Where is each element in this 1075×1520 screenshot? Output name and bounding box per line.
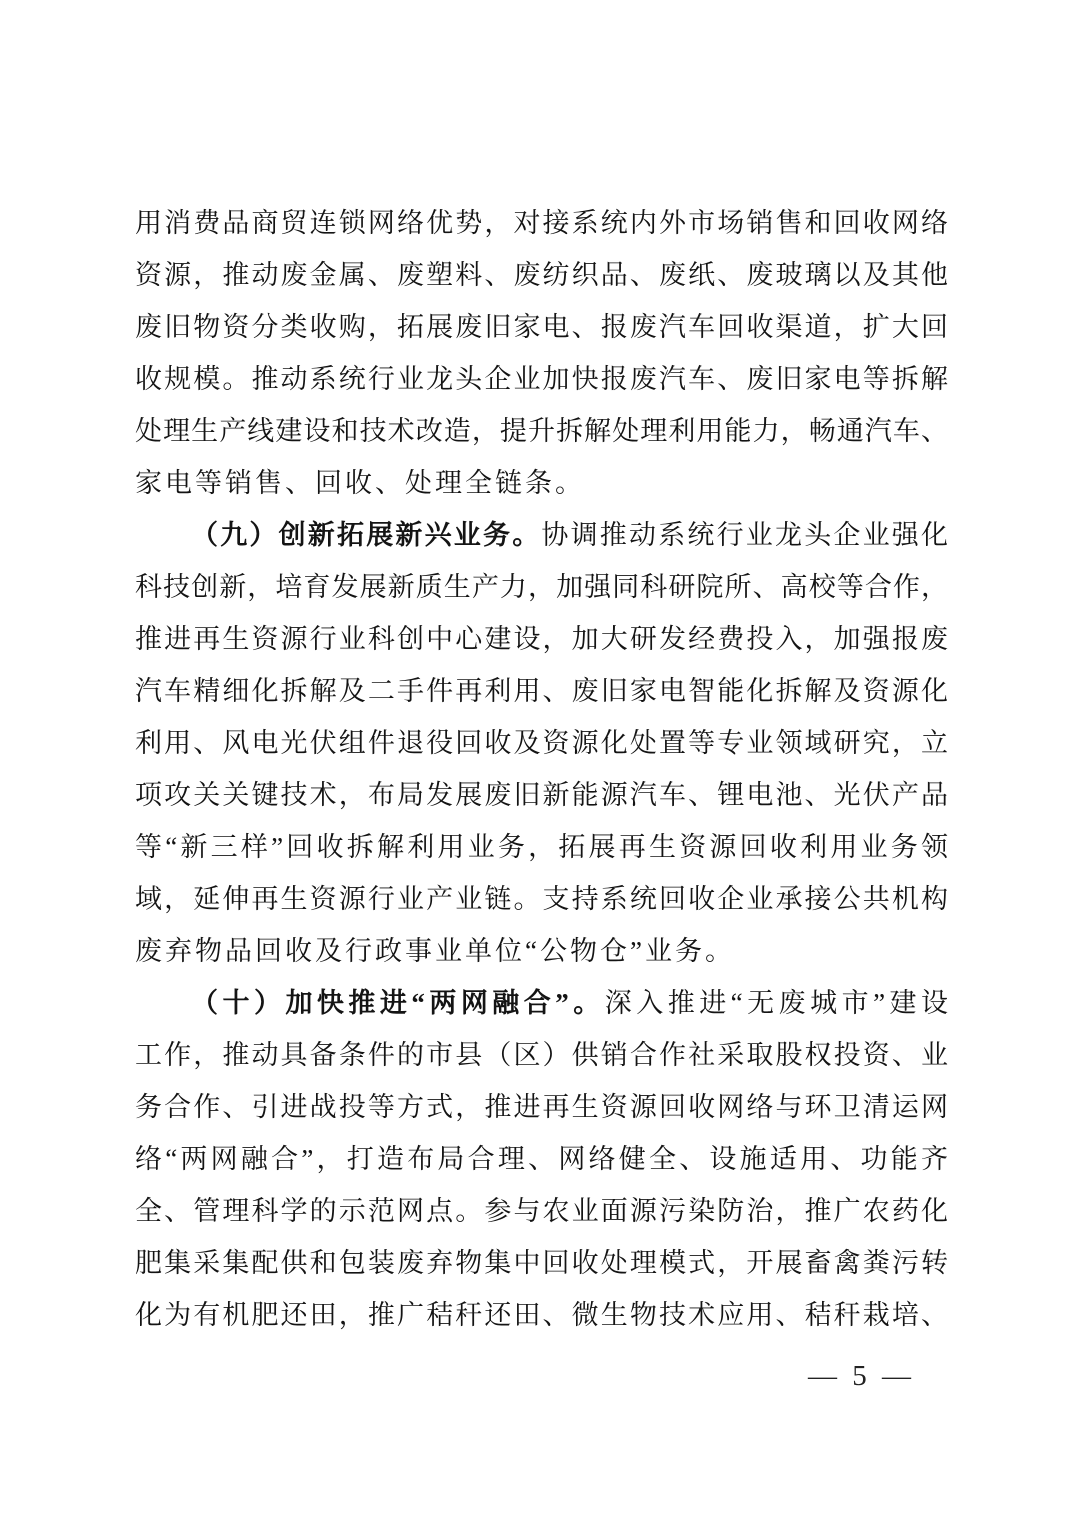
text-line: 络“两网融合”，打造布局合理、网络健全、设施适用、功能齐 (135, 1133, 948, 1185)
text-line: 资源，推动废金属、废塑料、废纺织品、废纸、废玻璃以及其他 (135, 249, 948, 301)
text-line: 利用、风电光伏组件退役回收及资源化处置等专业领域研究，立 (135, 717, 948, 769)
text-line: 全、管理科学的示范网点。参与农业面源污染防治，推广农药化 (135, 1185, 948, 1237)
text-line: 肥集采集配供和包装废弃物集中回收处理模式，开展畜禽粪污转 (135, 1237, 948, 1289)
document-text-block: 用消费品商贸连锁网络优势，对接系统内外市场销售和回收网络 资源，推动废金属、废塑… (135, 197, 948, 1341)
text-line: 务合作、引进战投等方式，推进再生资源回收网络与环卫清运网 (135, 1081, 948, 1133)
text-line: 化为有机肥还田，推广秸秆还田、微生物技术应用、秸秆栽培、 (135, 1289, 948, 1341)
text-line: 推进再生资源行业科创中心建设，加大研发经费投入，加强报废 (135, 613, 948, 665)
text-line: 等“新三样”回收拆解利用业务，拓展再生资源回收利用业务领 (135, 821, 948, 873)
text-line: （十）加快推进“两网融合”。深入推进“无废城市”建设 (135, 977, 948, 1029)
text-line: （九）创新拓展新兴业务。协调推动系统行业龙头企业强化 (135, 509, 948, 561)
text-line: 工作，推动具备条件的市县（区）供销合作社采取股权投资、业 (135, 1029, 948, 1081)
section-9-heading: （九）创新拓展新兴业务。 (191, 520, 541, 550)
text-line: 汽车精细化拆解及二手件再利用、废旧家电智能化拆解及资源化 (135, 665, 948, 717)
section-10-heading: （十）加快推进“两网融合”。 (191, 988, 605, 1018)
text-line: 处理生产线建设和技术改造，提升拆解处理利用能力，畅通汽车、 (135, 405, 948, 457)
text-line: 用消费品商贸连锁网络优势，对接系统内外市场销售和回收网络 (135, 197, 948, 249)
text-line: 项攻关关键技术，布局发展废旧新能源汽车、锂电池、光伏产品 (135, 769, 948, 821)
page-number: — 5 — (808, 1356, 915, 1396)
text-line: 收规模。推动系统行业龙头企业加快报废汽车、废旧家电等拆解 (135, 353, 948, 405)
text-line: 废旧物资分类收购，拓展废旧家电、报废汽车回收渠道，扩大回 (135, 301, 948, 353)
text-line: 科技创新，培育发展新质生产力，加强同科研院所、高校等合作， (135, 561, 948, 613)
text-line: 家电等销售、回收、处理全链条。 (135, 457, 948, 509)
text-segment: 深入推进“无废城市”建设 (605, 988, 948, 1018)
document-page: 用消费品商贸连锁网络优势，对接系统内外市场销售和回收网络 资源，推动废金属、废塑… (0, 0, 1075, 1520)
text-line: 域，延伸再生资源行业产业链。支持系统回收企业承接公共机构 (135, 873, 948, 925)
text-line: 废弃物品回收及行政事业单位“公物仓”业务。 (135, 925, 948, 977)
text-segment: 协调推动系统行业龙头企业强化 (541, 520, 948, 550)
